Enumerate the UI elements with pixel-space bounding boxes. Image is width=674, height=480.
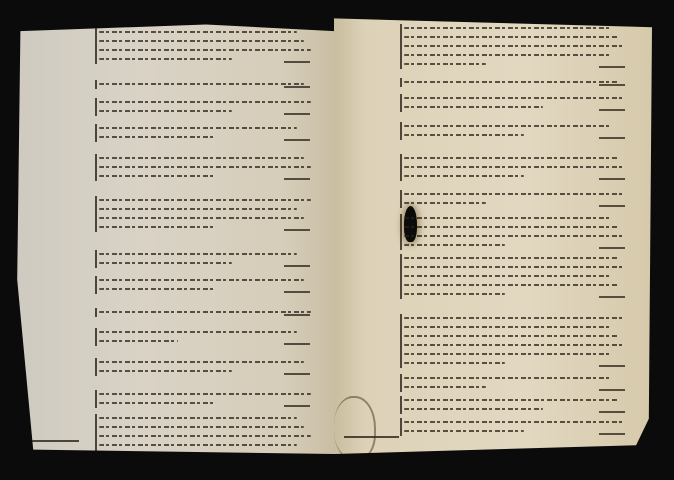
- entry-amount: [599, 296, 625, 298]
- handwriting-line: [404, 335, 618, 337]
- right-manuscript-page: [334, 14, 652, 454]
- handwriting-line: [404, 317, 625, 319]
- handwriting-line: [99, 83, 304, 85]
- entry-marker: [400, 374, 402, 392]
- entry-amount: [284, 113, 310, 115]
- entry-marker: [95, 414, 97, 459]
- entry-amount: [284, 314, 310, 316]
- handwriting-line: [99, 288, 214, 290]
- handwriting-line: [404, 157, 618, 159]
- entry-amount: [284, 343, 310, 345]
- handwriting-line: [404, 421, 625, 423]
- signature: [344, 436, 399, 438]
- handwriting-line: [404, 36, 618, 38]
- entry-amount: [284, 405, 310, 407]
- entry-marker: [95, 124, 97, 142]
- handwriting-line: [404, 45, 625, 47]
- entry-amount: [599, 205, 625, 207]
- entry-marker: [400, 24, 402, 69]
- entry-marker: [95, 98, 97, 116]
- handwriting-line: [404, 217, 611, 219]
- handwriting-line: [99, 426, 304, 428]
- handwriting-line: [99, 199, 311, 201]
- water-stain: [334, 396, 376, 460]
- entry-amount: [284, 265, 310, 267]
- handwriting-line: [404, 134, 524, 136]
- handwriting-line: [404, 430, 524, 432]
- handwriting-line: [404, 244, 505, 246]
- handwriting-line: [99, 226, 214, 228]
- handwriting-line: [99, 370, 232, 372]
- handwriting-line: [404, 166, 625, 168]
- handwriting-line: [99, 311, 311, 313]
- entry-marker: [400, 190, 402, 208]
- entry-amount: [599, 247, 625, 249]
- handwriting-line: [99, 435, 311, 437]
- handwriting-line: [99, 166, 311, 168]
- handwriting-line: [99, 453, 178, 455]
- handwriting-line: [404, 326, 611, 328]
- handwriting-line: [99, 49, 311, 51]
- handwriting-line: [99, 444, 297, 446]
- handwriting-line: [404, 257, 618, 259]
- entry-amount: [599, 433, 625, 435]
- entry-amount: [599, 109, 625, 111]
- signature: [24, 440, 79, 442]
- handwriting-line: [404, 63, 486, 65]
- handwriting-line: [404, 202, 486, 204]
- handwriting-line: [404, 353, 611, 355]
- entry-marker: [400, 418, 402, 436]
- entry-marker: [400, 314, 402, 368]
- handwriting-line: [99, 175, 214, 177]
- handwriting-line: [99, 331, 297, 333]
- handwriting-line: [99, 262, 232, 264]
- entry-marker: [400, 214, 402, 250]
- handwriting-line: [404, 275, 611, 277]
- entry-marker: [95, 196, 97, 232]
- handwriting-line: [404, 284, 618, 286]
- handwriting-line: [404, 266, 625, 268]
- handwriting-line: [99, 157, 304, 159]
- handwriting-line: [99, 127, 297, 129]
- entry-marker: [95, 328, 97, 346]
- handwriting-line: [99, 110, 232, 112]
- entry-amount: [284, 229, 310, 231]
- entry-amount: [599, 389, 625, 391]
- handwriting-line: [99, 361, 304, 363]
- entry-marker: [400, 94, 402, 112]
- entry-marker: [400, 78, 402, 87]
- entry-marker: [400, 122, 402, 140]
- left-manuscript-page: [14, 18, 334, 454]
- handwriting-line: [404, 377, 611, 379]
- entry-amount: [599, 178, 625, 180]
- entry-amount: [284, 178, 310, 180]
- handwriting-line: [99, 208, 297, 210]
- handwriting-line: [404, 193, 625, 195]
- handwriting-line: [99, 58, 232, 60]
- handwriting-line: [404, 408, 543, 410]
- handwriting-line: [404, 293, 505, 295]
- entry-amount: [599, 365, 625, 367]
- entry-amount: [599, 84, 625, 86]
- handwriting-line: [99, 136, 214, 138]
- handwriting-line: [404, 175, 524, 177]
- handwriting-line: [404, 399, 618, 401]
- handwriting-line: [404, 97, 625, 99]
- handwriting-line: [99, 253, 297, 255]
- handwriting-line: [99, 279, 304, 281]
- handwriting-line: [404, 54, 611, 56]
- entry-amount: [284, 456, 310, 458]
- entry-amount: [284, 61, 310, 63]
- entry-marker: [95, 154, 97, 181]
- entry-amount: [284, 86, 310, 88]
- entry-marker: [400, 254, 402, 299]
- handwriting-line: [99, 402, 214, 404]
- entry-amount: [599, 137, 625, 139]
- entry-marker: [95, 28, 97, 64]
- handwriting-line: [404, 27, 611, 29]
- handwriting-line: [404, 344, 625, 346]
- entry-marker: [400, 154, 402, 181]
- entry-marker: [95, 308, 97, 317]
- handwriting-line: [99, 40, 304, 42]
- handwriting-line: [404, 235, 625, 237]
- handwriting-line: [99, 393, 311, 395]
- handwriting-line: [404, 226, 618, 228]
- entry-marker: [400, 396, 402, 414]
- entry-amount: [599, 411, 625, 413]
- handwriting-line: [99, 340, 178, 342]
- handwriting-line: [404, 386, 486, 388]
- entry-amount: [284, 139, 310, 141]
- handwriting-line: [404, 362, 505, 364]
- entry-amount: [284, 373, 310, 375]
- entry-marker: [95, 80, 97, 89]
- entry-marker: [95, 276, 97, 294]
- handwriting-line: [404, 81, 618, 83]
- entry-marker: [95, 358, 97, 376]
- handwriting-line: [404, 125, 611, 127]
- handwriting-line: [404, 106, 543, 108]
- entry-amount: [284, 291, 310, 293]
- entry-amount: [599, 66, 625, 68]
- handwriting-line: [99, 417, 297, 419]
- entry-marker: [95, 390, 97, 408]
- handwriting-line: [99, 101, 311, 103]
- handwriting-line: [99, 31, 297, 33]
- entry-marker: [95, 250, 97, 268]
- handwriting-line: [99, 217, 304, 219]
